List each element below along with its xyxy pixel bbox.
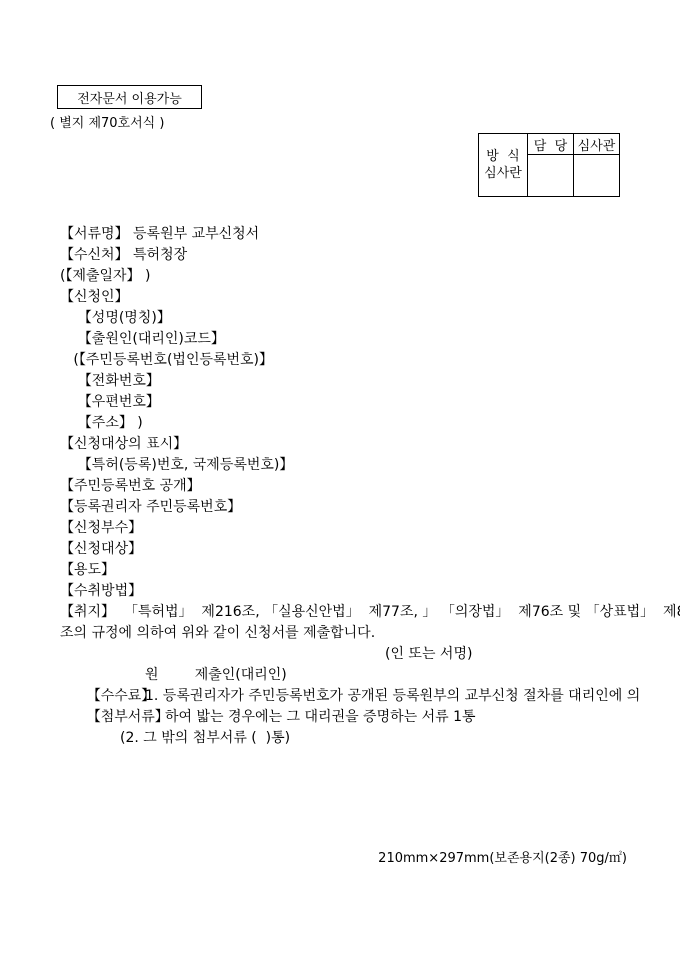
review-table-title: 방 식 심사란 — [479, 134, 528, 196]
fee-unit-label: 원 — [145, 665, 159, 686]
purport-line-2: 조의 규정에 의하여 위와 같이 신청서를 제출합니다. — [60, 623, 640, 644]
recipient-line: 【수신처】 특허청장 — [60, 245, 640, 266]
postal-code-line: 【우편번호】 — [60, 392, 640, 413]
address-line: 【주소】 ) — [60, 413, 640, 434]
staff-stamp-cell — [528, 155, 573, 196]
doc-type-line: 【서류명】 등록원부 교부신청서 — [60, 224, 640, 245]
submission-date-line: (【제출일자】 ) — [60, 266, 640, 287]
applicant-code-line: 【출원인(대리인)코드】 — [60, 329, 640, 350]
staff-column-header: 담 당 — [528, 134, 573, 155]
request-subject-line: 【신청대상】 — [60, 539, 640, 560]
form-page: 전자문서 이용가능 ( 별지 제70호서식 ) 방 식 심사란 담 당 심사관 … — [0, 0, 680, 962]
attachment-item-1: 1. 등록권리자가 주민등록번호가 공개된 등록원부의 교부신청 절차를 대리인… — [145, 686, 640, 707]
applicant-line: 【신청인】 — [60, 287, 640, 308]
resident-number-disclosure-line: 【주민등록번호 공개】 — [60, 476, 640, 497]
form-number: ( 별지 제70호서식 ) — [50, 112, 164, 131]
copies-line: 【신청부수】 — [60, 518, 640, 539]
applicant-name-line: 【성명(명칭)】 — [60, 308, 640, 329]
receipt-method-line: 【수취방법】 — [60, 581, 640, 602]
review-table-col-examiner: 심사관 — [574, 134, 619, 196]
review-table-title-line1: 방 식 — [486, 148, 519, 165]
submitter-line: 제출인(대리인) (인 또는 서명) — [60, 644, 640, 665]
form-body: 【서류명】 등록원부 교부신청서 【수신처】 특허청장 (【제출일자】 ) 【신… — [60, 224, 640, 749]
purport-line-1: 【취지】 「특허법」 제216조, 「실용신안법」 제77조, 」 「의장법」 … — [60, 602, 640, 623]
attachments-line-3: (2. 그 밖의 첨부서류 ( )통) — [60, 728, 640, 749]
subject-indication-line: 【신청대상의 표시】 — [60, 434, 640, 455]
phone-number-line: 【전화번호】 — [60, 371, 640, 392]
registrant-resident-number-line: 【등록권리자 주민등록번호】 — [60, 497, 640, 518]
electronic-document-label: 전자문서 이용가능 — [77, 88, 182, 107]
review-table-col-staff: 담 당 — [528, 134, 574, 196]
review-table-title-line2: 심사란 — [484, 165, 522, 182]
format-review-table: 방 식 심사란 담 당 심사관 — [478, 133, 620, 197]
purpose-line: 【용도】 — [60, 560, 640, 581]
seal-or-signature-note: (인 또는 서명) — [385, 644, 472, 665]
fee-line: 【수수료】 원 — [60, 665, 640, 686]
paper-spec: 210mm×297mm(보존용지(2종) 70g/㎡) — [378, 847, 627, 866]
attachments-line-2: 하여 밟는 경우에는 그 대리권을 증명하는 서류 1통 — [60, 707, 640, 728]
electronic-document-badge: 전자문서 이용가능 — [57, 85, 202, 109]
patent-number-line: 【특허(등록)번호, 국제등록번호)】 — [60, 455, 640, 476]
resident-number-line: (【주민등록번호(법인등록번호)】 — [60, 350, 640, 371]
examiner-stamp-cell — [574, 155, 619, 196]
examiner-column-header: 심사관 — [574, 134, 619, 155]
attachments-line-1: 【첨부서류】 1. 등록권리자가 주민등록번호가 공개된 등록원부의 교부신청 … — [60, 686, 640, 707]
